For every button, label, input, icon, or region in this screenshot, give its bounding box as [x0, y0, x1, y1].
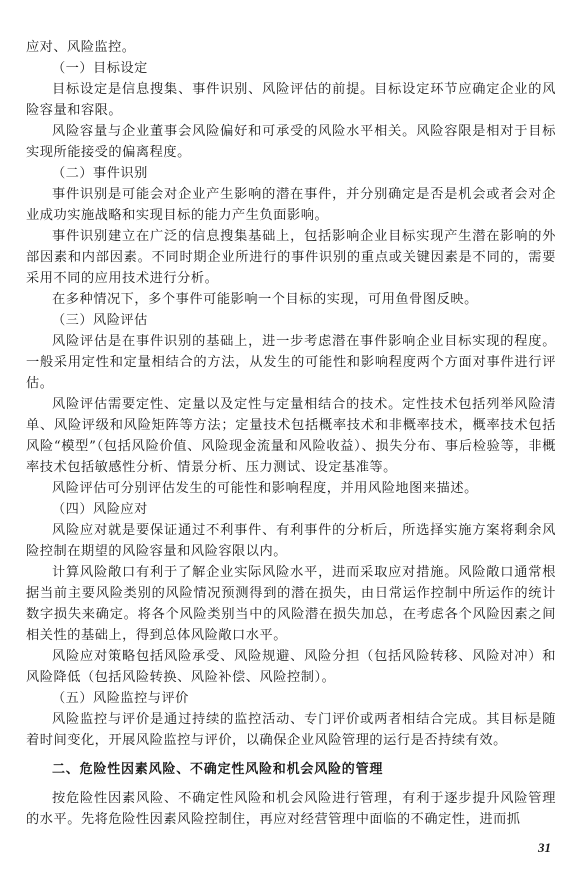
section-title-goal-setting: （一）目标设定 [26, 58, 556, 79]
paragraph: 在多种情况下，多个事件可能影响一个目标的实现，可用鱼骨图反映。 [26, 289, 556, 310]
paragraph: 风险应对就是要保证通过不利事件、有利事件的分析后，所选择实施方案将剩余风险控制在… [26, 520, 556, 562]
paragraph: 事件识别建立在广泛的信息搜集基础上，包括影响企业目标实现产生潜在影响的外部因素和… [26, 226, 556, 289]
paragraph: 目标设定是信息搜集、事件识别、风险评估的前提。目标设定环节应确定企业的风险容量和… [26, 79, 556, 121]
paragraph: 风险应对策略包括风险承受、风险规避、风险分担（包括风险转移、风险对冲）和风险降低… [26, 646, 556, 688]
intro-line: 应对、风险监控。 [26, 37, 556, 58]
paragraph: 风险评估是在事件识别的基础上，进一步考虑潜在事件影响企业目标实现的程度。一般采用… [26, 331, 556, 394]
paragraph: 事件识别是可能会对企业产生影响的潜在事件，并分别确定是否是机会或者会对企业成功实… [26, 184, 556, 226]
section-title-risk-response: （四）风险应对 [26, 499, 556, 520]
paragraph: 计算风险敞口有利于了解企业实际风险水平，进而采取应对措施。风险敞口通常根据当前主… [26, 562, 556, 646]
paragraph: 风险监控与评价是通过持续的监控活动、专门评价或两者相结合完成。其目标是随着时间变… [26, 709, 556, 751]
document-page: 应对、风险监控。 （一）目标设定 目标设定是信息搜集、事件识别、风险评估的前提。… [26, 37, 556, 830]
paragraph: 按危险性因素风险、不确定性风险和机会风险进行管理，有利于逐步提升风险管理的水平。… [26, 788, 556, 830]
section-title-risk-assessment: （三）风险评估 [26, 310, 556, 331]
section-title-event-identification: （二）事件识别 [26, 163, 556, 184]
section-heading-2: 二、危险性因素风险、不确定性风险和机会风险的管理 [26, 759, 556, 780]
paragraph: 风险容量与企业董事会风险偏好和可承受的风险水平相关。风险容限是相对于目标实现所能… [26, 121, 556, 163]
paragraph: 风险评估需要定性、定量以及定性与定量相结合的技术。定性技术包括列举风险清单、风险… [26, 394, 556, 478]
paragraph: 风险评估可分别评估发生的可能性和影响程度，并用风险地图来描述。 [26, 478, 556, 499]
page-number: 31 [538, 840, 551, 856]
section-title-risk-monitoring: （五）风险监控与评价 [26, 688, 556, 709]
